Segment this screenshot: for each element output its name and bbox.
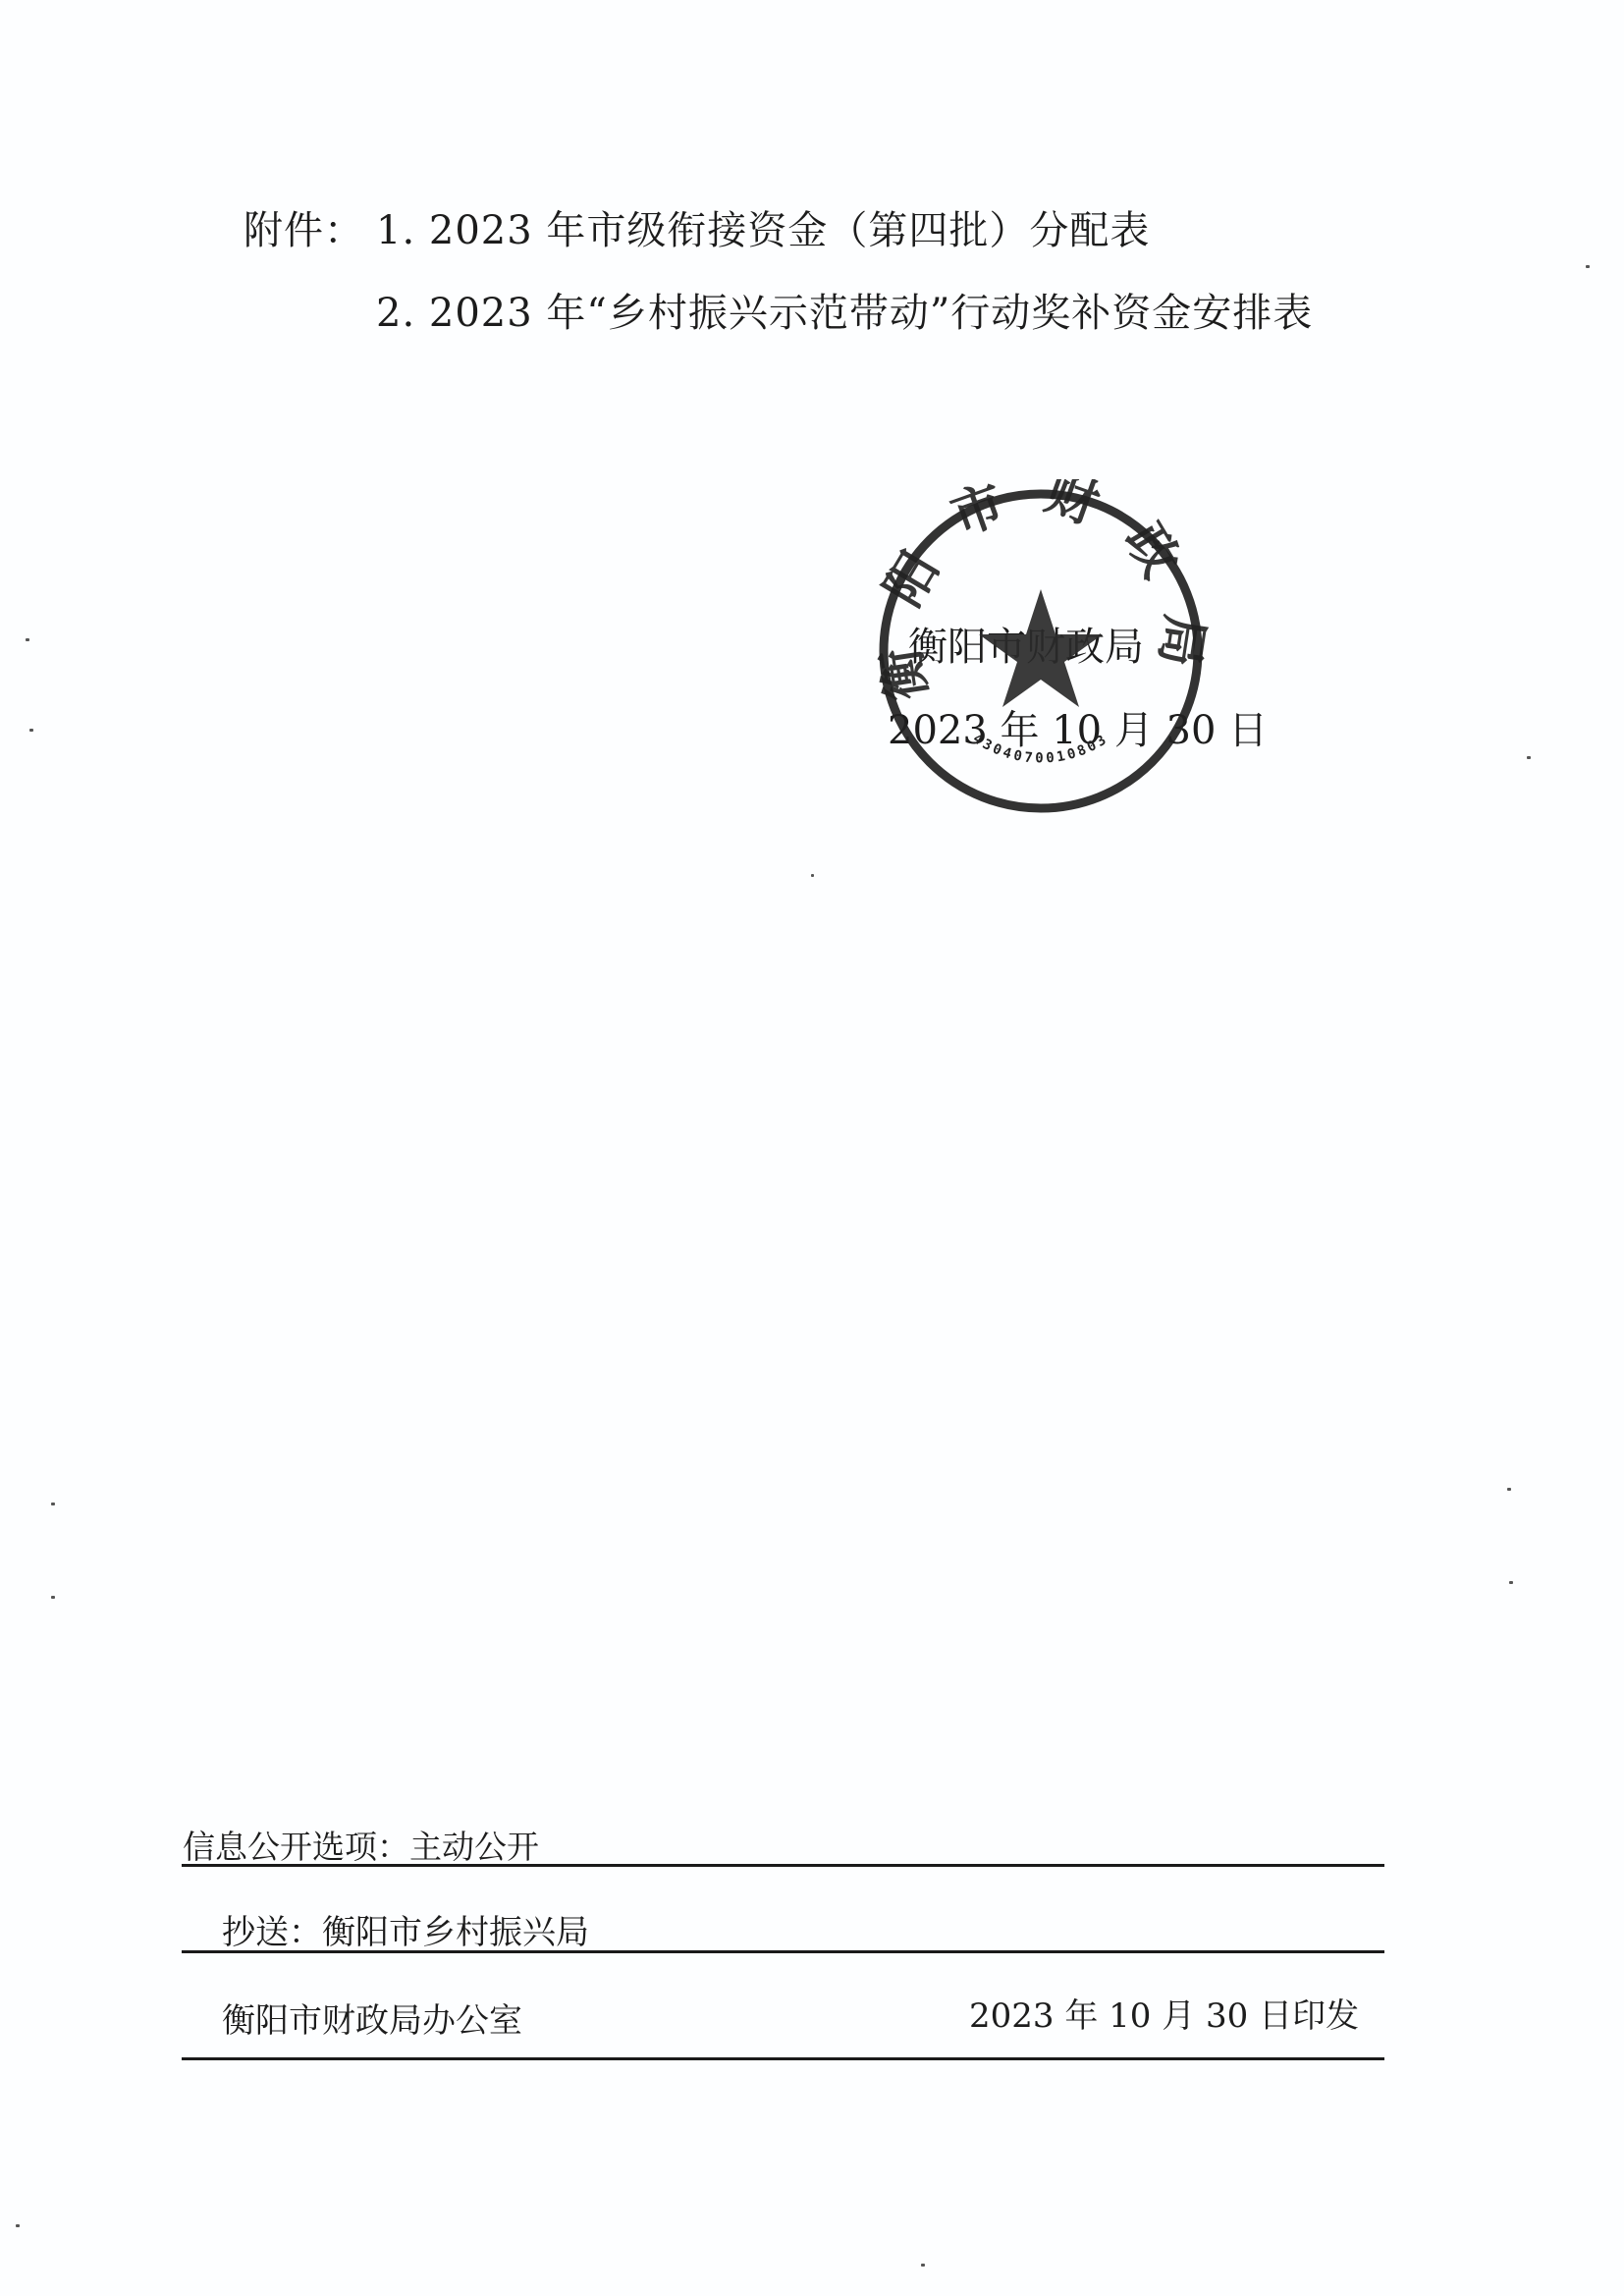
info-disclosure-option: 信息公开选项：主动公开 bbox=[183, 1822, 539, 1868]
issue-date: 2023 年 10 月 30 日印发 bbox=[969, 1989, 1359, 2037]
seal-star-icon bbox=[979, 589, 1103, 707]
scan-speck bbox=[51, 1596, 55, 1599]
scan-speck bbox=[921, 2264, 925, 2267]
official-seal-icon: 衡阳市财政局 4304070010803 bbox=[869, 479, 1213, 823]
attachment-item-2: 2. 2023 年“乡村振兴示范带动”行动奖补资金安排表 bbox=[376, 282, 1313, 338]
scan-speck bbox=[51, 1503, 55, 1505]
divider-line bbox=[182, 1864, 1384, 1867]
scan-speck bbox=[1527, 756, 1531, 759]
scan-speck bbox=[1586, 265, 1590, 268]
document-page: 附件： 1. 2023 年市级衔接资金（第四批）分配表 2. 2023 年“乡村… bbox=[0, 0, 1624, 2296]
attachments-label: 附件： bbox=[244, 199, 364, 255]
issuing-office: 衡阳市财政局办公室 bbox=[222, 1994, 522, 2042]
svg-text:4304070010803: 4304070010803 bbox=[970, 731, 1111, 766]
scan-speck bbox=[811, 874, 814, 877]
cc-recipients: 抄送：衡阳市乡村振兴局 bbox=[222, 1905, 589, 1953]
scan-speck bbox=[16, 2224, 20, 2227]
scan-speck bbox=[1507, 1488, 1511, 1491]
scan-speck bbox=[26, 638, 29, 641]
scan-speck bbox=[1509, 1581, 1513, 1584]
attachment-item-1: 1. 2023 年市级衔接资金（第四批）分配表 bbox=[376, 199, 1150, 255]
divider-line bbox=[182, 1950, 1384, 1953]
scan-speck bbox=[29, 729, 33, 732]
divider-line bbox=[182, 2057, 1384, 2060]
